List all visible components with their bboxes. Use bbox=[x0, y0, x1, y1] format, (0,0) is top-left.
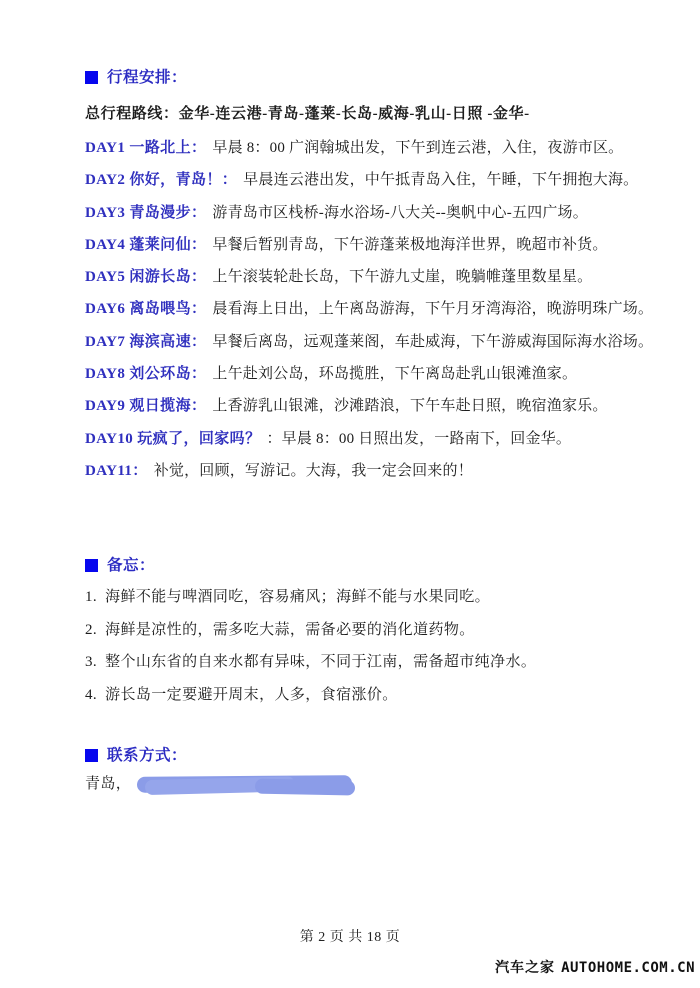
day-text: 上香游乳山银滩，沙滩踏浪，下午车赴日照，晚宿渔家乐。 bbox=[212, 398, 607, 414]
memo-number: 2. bbox=[85, 622, 97, 638]
day-text: 上午滚装轮赴长岛，下午游九丈崖，晚躺帷蓬里数星星。 bbox=[212, 269, 592, 285]
day-row: DAY11：补觉，回顾，写游记。大海，我一定会回来的！ bbox=[85, 459, 653, 491]
day-row: DAY2 你好，青岛！：早晨连云港出发，中午抵青岛入住，午睡，下午拥抱大海。 bbox=[85, 168, 653, 200]
day-text: 补觉，回顾，写游记。大海，我一定会回来的！ bbox=[154, 463, 473, 479]
day-text: 早餐后暂别青岛，下午游蓬莱极地海洋世界，晚超市补货。 bbox=[212, 237, 607, 253]
memo-text: 海鲜不能与啤酒同吃，容易痛风；海鲜不能与水果同吃。 bbox=[105, 589, 490, 605]
contact-heading-label: 联系方式： bbox=[107, 748, 187, 764]
day-label: DAY5 闲游长岛： bbox=[85, 269, 206, 285]
day-list: DAY1 一路北上：早晨 8：00 广润翰城出发，下午到连云港，入住，夜游市区。… bbox=[85, 136, 653, 491]
day-label: DAY2 你好，青岛！： bbox=[85, 172, 237, 188]
day-row: DAY3 青岛漫步：游青岛市区栈桥-海水浴场-八大关--奥帆中心-五四广场。 bbox=[85, 201, 653, 233]
memo-number: 4. bbox=[85, 687, 97, 703]
day-row: DAY1 一路北上：早晨 8：00 广润翰城出发，下午到连云港，入住，夜游市区。 bbox=[85, 136, 653, 168]
day-row: DAY8 刘公环岛：上午赴刘公岛，环岛揽胜，下午离岛赴乳山银滩渔家。 bbox=[85, 362, 653, 394]
route-label: 总行程路线： bbox=[85, 106, 179, 122]
memo-text: 游长岛一定要避开周末，人多，食宿涨价。 bbox=[105, 687, 398, 703]
day-label: DAY11： bbox=[85, 463, 148, 479]
day-text: 早晨 8：00 广润翰城出发，下午到连云港，入住，夜游市区。 bbox=[212, 140, 623, 156]
memo-number: 3. bbox=[85, 654, 97, 670]
itinerary-heading-label: 行程安排： bbox=[107, 70, 187, 86]
day-label: DAY4 蓬莱问仙： bbox=[85, 237, 206, 253]
memo-text: 整个山东省的自来水都有异味，不同于江南，需备超市纯净水。 bbox=[105, 654, 536, 670]
memo-row: 2.海鲜是凉性的，需多吃大蒜，需备必要的消化道药物。 bbox=[85, 618, 536, 651]
day-text: 早餐后离岛，远观蓬莱阁，车赴威海，下午游威海国际海水浴场。 bbox=[212, 334, 653, 350]
day-label: DAY3 青岛漫步： bbox=[85, 205, 206, 221]
day-row: DAY6 离岛喂鸟：晨看海上日出，上午离岛游海，下午月牙湾海浴，晚游明珠广场。 bbox=[85, 297, 653, 329]
redaction-scribble bbox=[137, 775, 352, 793]
itinerary-heading: 行程安排： bbox=[85, 70, 187, 86]
day-text: 晨看海上日出，上午离岛游海，下午月牙湾海浴，晚游明珠广场。 bbox=[212, 301, 653, 317]
day-row: DAY9 观日揽海：上香游乳山银滩，沙滩踏浪，下午车赴日照，晚宿渔家乐。 bbox=[85, 394, 653, 426]
memo-row: 1.海鲜不能与啤酒同吃，容易痛风；海鲜不能与水果同吃。 bbox=[85, 585, 536, 618]
memo-heading: 备忘： bbox=[85, 558, 155, 574]
day-label: DAY1 一路北上： bbox=[85, 140, 206, 156]
contact-prefix: 青岛， bbox=[85, 777, 131, 792]
blue-square-icon bbox=[85, 749, 98, 762]
day-label: DAY10 玩疯了，回家吗？ bbox=[85, 431, 260, 447]
memo-number: 1. bbox=[85, 589, 97, 605]
day-row: DAY4 蓬莱问仙：早餐后暂别青岛，下午游蓬莱极地海洋世界，晚超市补货。 bbox=[85, 233, 653, 265]
day-label: DAY7 海滨高速： bbox=[85, 334, 206, 350]
blue-square-icon bbox=[85, 559, 98, 572]
watermark-chinese: 汽车之家 bbox=[495, 959, 555, 975]
page-number: 第 2 页 共 18 页 bbox=[0, 931, 700, 945]
day-row: DAY5 闲游长岛：上午滚装轮赴长岛，下午游九丈崖，晚躺帷蓬里数星星。 bbox=[85, 265, 653, 297]
document-page: 行程安排： 总行程路线：金华-连云港-青岛-蓬莱-长岛-威海-乳山-日照 -金华… bbox=[0, 0, 700, 988]
day-text: 游青岛市区栈桥-海水浴场-八大关--奥帆中心-五四广场。 bbox=[212, 205, 588, 221]
memo-list: 1.海鲜不能与啤酒同吃，容易痛风；海鲜不能与水果同吃。 2.海鲜是凉性的，需多吃… bbox=[85, 585, 536, 715]
day-label: DAY8 刘公环岛： bbox=[85, 366, 206, 382]
day-label: DAY9 观日揽海： bbox=[85, 398, 206, 414]
contact-line: 青岛， bbox=[85, 776, 352, 792]
day-text: 早晨连云港出发，中午抵青岛入住，午睡，下午拥抱大海。 bbox=[243, 172, 638, 188]
memo-row: 4.游长岛一定要避开周末，人多，食宿涨价。 bbox=[85, 683, 536, 716]
memo-heading-label: 备忘： bbox=[107, 558, 155, 574]
contact-heading: 联系方式： bbox=[85, 748, 187, 764]
watermark-domain: AUTOHOME.COM.CN bbox=[561, 960, 695, 976]
blue-square-icon bbox=[85, 71, 98, 84]
memo-text: 海鲜是凉性的，需多吃大蒜，需备必要的消化道药物。 bbox=[105, 622, 475, 638]
day-text: ：早晨 8：00 日照出发，一路南下，回金华。 bbox=[266, 431, 571, 447]
day-text: 上午赴刘公岛，环岛揽胜，下午离岛赴乳山银滩渔家。 bbox=[212, 366, 577, 382]
day-label: DAY6 离岛喂鸟： bbox=[85, 301, 206, 317]
memo-row: 3.整个山东省的自来水都有异味，不同于江南，需备超市纯净水。 bbox=[85, 650, 536, 683]
route-value: 金华-连云港-青岛-蓬莱-长岛-威海-乳山-日照 -金华- bbox=[179, 106, 530, 122]
day-row: DAY7 海滨高速：早餐后离岛，远观蓬莱阁，车赴威海，下午游威海国际海水浴场。 bbox=[85, 330, 653, 362]
route-line: 总行程路线：金华-连云港-青岛-蓬莱-长岛-威海-乳山-日照 -金华- bbox=[85, 107, 530, 122]
site-watermark: 汽车之家AUTOHOME.COM.CN bbox=[495, 960, 695, 976]
day-row: DAY10 玩疯了，回家吗？：早晨 8：00 日照出发，一路南下，回金华。 bbox=[85, 427, 653, 459]
